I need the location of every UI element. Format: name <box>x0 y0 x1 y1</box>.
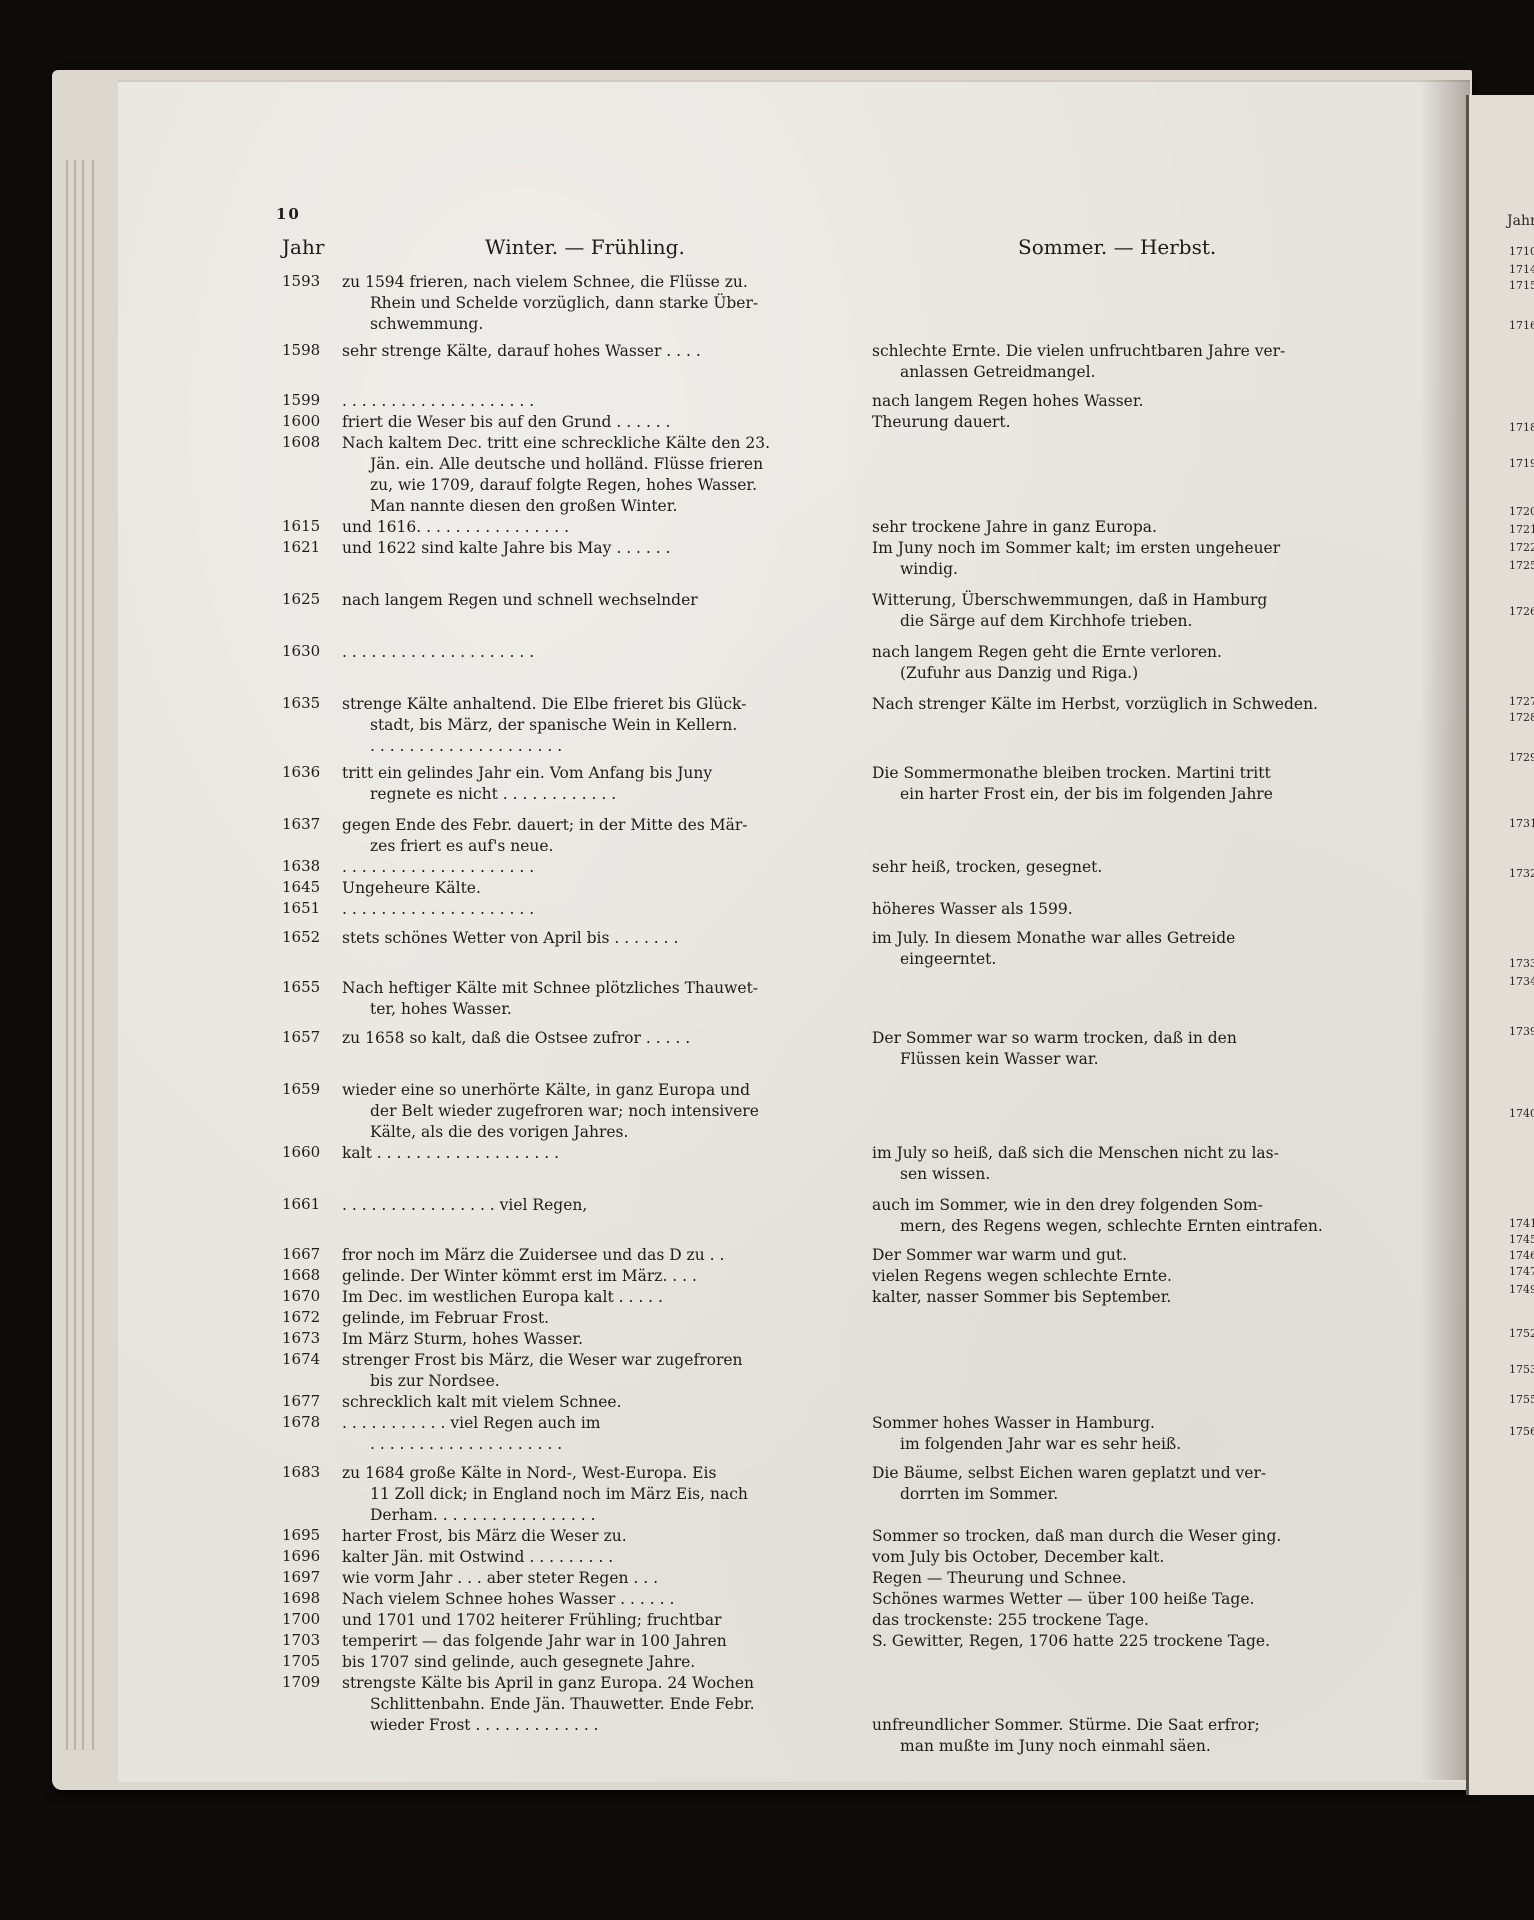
winter-spring-cell: Im März Sturm, hohes Wasser. <box>342 1329 912 1350</box>
winter-spring-cell: wieder eine so unerhörte Kälte, in ganz … <box>342 1080 912 1143</box>
text-line: . . . . . . . . . . . . . . . . . . . . <box>342 736 912 757</box>
facing-year: 1726 <box>1509 605 1534 618</box>
winter-spring-cell: schrecklich kalt mit vielem Schnee. <box>342 1392 912 1413</box>
facing-year: 1755 <box>1509 1393 1534 1406</box>
text-line: gegen Ende des Febr. dauert; in der Mitt… <box>342 815 912 836</box>
facing-year: 1741 <box>1509 1217 1534 1230</box>
facing-year: 1733 <box>1509 957 1534 970</box>
summer-autumn-cell: Sommer so trocken, daß man durch die Wes… <box>872 1526 1392 1547</box>
year-cell: 1652 <box>282 928 340 946</box>
year-cell: 1672 <box>282 1308 340 1326</box>
summer-autumn-cell: nach langem Regen geht die Ernte verlore… <box>872 642 1392 684</box>
facing-year: 1719 <box>1509 457 1534 470</box>
summer-autumn-cell: sehr trockene Jahre in ganz Europa. <box>872 517 1392 538</box>
year-cell: 1697 <box>282 1568 340 1586</box>
facing-year: 1732 <box>1509 867 1534 880</box>
facing-year: 1740 <box>1509 1107 1534 1120</box>
text-line: und 1616. . . . . . . . . . . . . . . . <box>342 517 912 538</box>
text-line: im July. In diesem Monathe war alles Get… <box>872 928 1392 949</box>
text-line: Rhein und Schelde vorzüglich, dann stark… <box>342 293 912 314</box>
year-cell: 1638 <box>282 857 340 875</box>
column-header-summer-autumn: Sommer. — Herbst. <box>1018 235 1216 259</box>
winter-spring-cell: kalt . . . . . . . . . . . . . . . . . .… <box>342 1143 912 1164</box>
text-line: und 1701 und 1702 heiterer Frühling; fru… <box>342 1610 912 1631</box>
text-line: gelinde. Der Winter kömmt erst im März. … <box>342 1266 912 1287</box>
year-cell: 1668 <box>282 1266 340 1284</box>
text-line: . . . . . . . . . . . viel Regen auch im <box>342 1413 912 1434</box>
column-header-year: Jahr <box>282 235 324 259</box>
text-line: im July so heiß, daß sich die Menschen n… <box>872 1143 1392 1164</box>
year-cell: 1637 <box>282 815 340 833</box>
summer-autumn-cell: das trockenste: 255 trockene Tage. <box>872 1610 1392 1631</box>
text-line: Theurung dauert. <box>872 412 1392 433</box>
text-line: strenger Frost bis März, die Weser war z… <box>342 1350 912 1371</box>
text-line: Nach heftiger Kälte mit Schnee plötzlich… <box>342 978 912 999</box>
text-line: kalt . . . . . . . . . . . . . . . . . .… <box>342 1143 912 1164</box>
facing-year: 1727 <box>1509 695 1534 708</box>
text-line: schwemmung. <box>342 314 912 335</box>
facing-header: Jahr <box>1507 213 1534 229</box>
winter-spring-cell: Nach kaltem Dec. tritt eine schreckliche… <box>342 433 912 517</box>
facing-year: 1739 <box>1509 1025 1534 1038</box>
year-cell: 1700 <box>282 1610 340 1628</box>
text-line: . . . . . . . . . . . . . . . . . . . . <box>342 857 912 878</box>
facing-year: 1753 <box>1509 1363 1534 1376</box>
text-line: Sommer so trocken, daß man durch die Wes… <box>872 1526 1392 1547</box>
winter-spring-cell: . . . . . . . . . . . . . . . . viel Reg… <box>342 1195 912 1216</box>
year-cell: 1674 <box>282 1350 340 1368</box>
text-line: ter, hohes Wasser. <box>342 999 912 1020</box>
text-line: tritt ein gelindes Jahr ein. Vom Anfang … <box>342 763 912 784</box>
year-cell: 1678 <box>282 1413 340 1431</box>
text-line: S. Gewitter, Regen, 1706 hatte 225 trock… <box>872 1631 1392 1652</box>
winter-spring-cell: . . . . . . . . . . . . . . . . . . . . <box>342 391 912 412</box>
text-line: . . . . . . . . . . . . . . . . viel Reg… <box>342 1195 912 1216</box>
text-line: zu, wie 1709, darauf folgte Regen, hohes… <box>342 475 912 496</box>
text-line: dorrten im Sommer. <box>872 1484 1392 1505</box>
summer-autumn-cell: kalter, nasser Sommer bis September. <box>872 1287 1392 1308</box>
text-line: regnete es nicht . . . . . . . . . . . . <box>342 784 912 805</box>
text-line: zes friert es auf's neue. <box>342 836 912 857</box>
text-line: eingeerntet. <box>872 949 1392 970</box>
page-edge-line <box>66 160 68 1750</box>
text-line: anlassen Getreidmangel. <box>872 362 1392 383</box>
year-cell: 1657 <box>282 1028 340 1046</box>
text-line: stets schönes Wetter von April bis . . .… <box>342 928 912 949</box>
summer-autumn-cell: Im Juny noch im Sommer kalt; im ersten u… <box>872 538 1392 580</box>
year-cell: 1677 <box>282 1392 340 1410</box>
text-line: strengste Kälte bis April in ganz Europa… <box>342 1673 912 1694</box>
facing-year: 1745 <box>1509 1233 1534 1246</box>
text-line: Nach vielem Schnee hohes Wasser . . . . … <box>342 1589 912 1610</box>
facing-year: 1752 <box>1509 1327 1534 1340</box>
year-cell: 1635 <box>282 694 340 712</box>
text-line: sehr trockene Jahre in ganz Europa. <box>872 517 1392 538</box>
text-line: stadt, bis März, der spanische Wein in K… <box>342 715 912 736</box>
text-line: . . . . . . . . . . . . . . . . . . . . <box>342 642 912 663</box>
text-line: gelinde, im Februar Frost. <box>342 1308 912 1329</box>
facing-year: 1714 <box>1509 263 1534 276</box>
summer-autumn-cell: vom July bis October, December kalt. <box>872 1547 1392 1568</box>
year-cell: 1670 <box>282 1287 340 1305</box>
winter-spring-cell: gelinde, im Februar Frost. <box>342 1308 912 1329</box>
year-cell: 1593 <box>282 272 340 290</box>
winter-spring-cell: und 1622 sind kalte Jahre bis May . . . … <box>342 538 912 559</box>
winter-spring-cell: gelinde. Der Winter kömmt erst im März. … <box>342 1266 912 1287</box>
text-line: höheres Wasser als 1599. <box>872 899 1392 920</box>
winter-spring-cell: . . . . . . . . . . . viel Regen auch im… <box>342 1413 912 1455</box>
winter-spring-cell: bis 1707 sind gelinde, auch gesegnete Ja… <box>342 1652 912 1673</box>
text-line: kalter, nasser Sommer bis September. <box>872 1287 1392 1308</box>
summer-autumn-cell: Sommer hohes Wasser in Hamburg.im folgen… <box>872 1413 1392 1455</box>
text-line: . . . . . . . . . . . . . . . . . . . . <box>342 899 912 920</box>
summer-autumn-cell: im July. In diesem Monathe war alles Get… <box>872 928 1392 970</box>
year-cell: 1683 <box>282 1463 340 1481</box>
text-line: unfreundlicher Sommer. Stürme. Die Saat … <box>872 1715 1392 1736</box>
winter-spring-cell: kalter Jän. mit Ostwind . . . . . . . . … <box>342 1547 912 1568</box>
year-cell: 1630 <box>282 642 340 660</box>
year-cell: 1659 <box>282 1080 340 1098</box>
summer-autumn-cell: sehr heiß, trocken, gesegnet. <box>872 857 1392 878</box>
text-line: Im Dec. im westlichen Europa kalt . . . … <box>342 1287 912 1308</box>
winter-spring-cell: . . . . . . . . . . . . . . . . . . . . <box>342 857 912 878</box>
text-line: sehr strenge Kälte, darauf hohes Wasser … <box>342 341 912 362</box>
facing-year: 1746 <box>1509 1249 1534 1262</box>
text-line: auch im Sommer, wie in den drey folgende… <box>872 1195 1392 1216</box>
summer-autumn-cell: Schönes warmes Wetter — über 100 heiße T… <box>872 1589 1392 1610</box>
text-line: fror noch im März die Zuidersee und das … <box>342 1245 912 1266</box>
year-cell: 1651 <box>282 899 340 917</box>
winter-spring-cell: und 1616. . . . . . . . . . . . . . . . <box>342 517 912 538</box>
summer-autumn-cell: Theurung dauert. <box>872 412 1392 433</box>
text-line: bis 1707 sind gelinde, auch gesegnete Ja… <box>342 1652 912 1673</box>
text-line: sen wissen. <box>872 1164 1392 1185</box>
text-line: mern, des Regens wegen, schlechte Ernten… <box>872 1216 1392 1237</box>
year-cell: 1599 <box>282 391 340 409</box>
year-cell: 1661 <box>282 1195 340 1213</box>
summer-autumn-cell: Die Bäume, selbst Eichen waren geplatzt … <box>872 1463 1392 1505</box>
winter-spring-cell: . . . . . . . . . . . . . . . . . . . . <box>342 899 912 920</box>
year-cell: 1625 <box>282 590 340 608</box>
winter-spring-cell: . . . . . . . . . . . . . . . . . . . . <box>342 642 912 663</box>
text-line: der Belt wieder zugefroren war; noch int… <box>342 1101 912 1122</box>
winter-spring-cell: Ungeheure Kälte. <box>342 878 912 899</box>
year-cell: 1598 <box>282 341 340 359</box>
text-line <box>872 1673 1392 1694</box>
text-line: Witterung, Überschwemmungen, daß in Hamb… <box>872 590 1392 611</box>
text-line: windig. <box>872 559 1392 580</box>
winter-spring-cell: Nach vielem Schnee hohes Wasser . . . . … <box>342 1589 912 1610</box>
summer-autumn-cell: Regen — Theurung und Schnee. <box>872 1568 1392 1589</box>
facing-year: 1756 <box>1509 1425 1534 1438</box>
summer-autumn-cell: Die Sommermonathe bleiben trocken. Marti… <box>872 763 1392 805</box>
facing-year: 1716 <box>1509 319 1534 332</box>
page-number: 10 <box>276 205 301 223</box>
text-line: Sommer hohes Wasser in Hamburg. <box>872 1413 1392 1434</box>
summer-autumn-cell: Der Sommer war warm und gut. <box>872 1245 1392 1266</box>
text-line: Schlittenbahn. Ende Jän. Thauwetter. End… <box>342 1694 912 1715</box>
summer-autumn-cell: vielen Regens wegen schlechte Ernte. <box>872 1266 1392 1287</box>
facing-year: 1729 <box>1509 751 1534 764</box>
winter-spring-cell: gegen Ende des Febr. dauert; in der Mitt… <box>342 815 912 857</box>
year-cell: 1600 <box>282 412 340 430</box>
facing-year: 1720 <box>1509 505 1534 518</box>
summer-autumn-cell: auch im Sommer, wie in den drey folgende… <box>872 1195 1392 1237</box>
text-line: vielen Regens wegen schlechte Ernte. <box>872 1266 1392 1287</box>
text-line: die Särge auf dem Kirchhofe trieben. <box>872 611 1392 632</box>
column-header-winter-spring: Winter. — Frühling. <box>485 235 685 259</box>
facing-year: 1731 <box>1509 817 1534 830</box>
text-line: Kälte, als die des vorigen Jahres. <box>342 1122 912 1143</box>
summer-autumn-cell: im July so heiß, daß sich die Menschen n… <box>872 1143 1392 1185</box>
facing-year: 1722 <box>1509 541 1534 554</box>
text-line: Ungeheure Kälte. <box>342 878 912 899</box>
winter-spring-cell: Im Dec. im westlichen Europa kalt . . . … <box>342 1287 912 1308</box>
text-line: zu 1658 so kalt, daß die Ostsee zufror .… <box>342 1028 912 1049</box>
year-cell: 1636 <box>282 763 340 781</box>
winter-spring-cell: wie vorm Jahr . . . aber steter Regen . … <box>342 1568 912 1589</box>
winter-spring-cell: strengste Kälte bis April in ganz Europa… <box>342 1673 912 1736</box>
text-line: Der Sommer war warm und gut. <box>872 1245 1392 1266</box>
summer-autumn-cell: schlechte Ernte. Die vielen unfruchtbare… <box>872 341 1392 383</box>
text-line: Die Sommermonathe bleiben trocken. Marti… <box>872 763 1392 784</box>
facing-year: 1718 <box>1509 421 1534 434</box>
text-line: Im Juny noch im Sommer kalt; im ersten u… <box>872 538 1392 559</box>
text-line: das trockenste: 255 trockene Tage. <box>872 1610 1392 1631</box>
text-line: wie vorm Jahr . . . aber steter Regen . … <box>342 1568 912 1589</box>
summer-autumn-cell: nach langem Regen hohes Wasser. <box>872 391 1392 412</box>
text-line: harter Frost, bis März die Weser zu. <box>342 1526 912 1547</box>
winter-spring-cell: sehr strenge Kälte, darauf hohes Wasser … <box>342 341 912 362</box>
text-line: schrecklich kalt mit vielem Schnee. <box>342 1392 912 1413</box>
text-line: kalter Jän. mit Ostwind . . . . . . . . … <box>342 1547 912 1568</box>
text-line: wieder eine so unerhörte Kälte, in ganz … <box>342 1080 912 1101</box>
text-line: Nach strenger Kälte im Herbst, vorzüglic… <box>872 694 1392 715</box>
winter-spring-cell: harter Frost, bis März die Weser zu. <box>342 1526 912 1547</box>
summer-autumn-cell: höheres Wasser als 1599. <box>872 899 1392 920</box>
year-cell: 1709 <box>282 1673 340 1691</box>
text-line: bis zur Nordsee. <box>342 1371 912 1392</box>
text-line: nach langem Regen geht die Ernte verlore… <box>872 642 1392 663</box>
year-cell: 1655 <box>282 978 340 996</box>
facing-page: Jahr 17101714171517161718171917201721172… <box>1466 95 1534 1795</box>
text-line: nach langem Regen hohes Wasser. <box>872 391 1392 412</box>
facing-year: 1749 <box>1509 1283 1534 1296</box>
text-line: Der Sommer war so warm trocken, daß in d… <box>872 1028 1392 1049</box>
text-line: vom July bis October, December kalt. <box>872 1547 1392 1568</box>
year-cell: 1703 <box>282 1631 340 1649</box>
winter-spring-cell: strenge Kälte anhaltend. Die Elbe friere… <box>342 694 912 757</box>
text-line: friert die Weser bis auf den Grund . . .… <box>342 412 912 433</box>
winter-spring-cell: zu 1594 frieren, nach vielem Schnee, die… <box>342 272 912 335</box>
winter-spring-cell: zu 1658 so kalt, daß die Ostsee zufror .… <box>342 1028 912 1049</box>
text-line: Man nannte diesen den großen Winter. <box>342 496 912 517</box>
facing-year: 1734 <box>1509 975 1534 988</box>
summer-autumn-cell: Der Sommer war so warm trocken, daß in d… <box>872 1028 1392 1070</box>
summer-autumn-cell: Nach strenger Kälte im Herbst, vorzüglic… <box>872 694 1392 715</box>
summer-autumn-cell: Witterung, Überschwemmungen, daß in Hamb… <box>872 590 1392 632</box>
year-cell: 1645 <box>282 878 340 896</box>
page-edge-line <box>82 160 84 1750</box>
year-cell: 1615 <box>282 517 340 535</box>
text-line: ein harter Frost ein, der bis im folgend… <box>872 784 1392 805</box>
text-line: . . . . . . . . . . . . . . . . . . . . <box>342 391 912 412</box>
text-line <box>872 1694 1392 1715</box>
facing-year: 1747 <box>1509 1265 1534 1278</box>
text-line: und 1622 sind kalte Jahre bis May . . . … <box>342 538 912 559</box>
text-line: (Zufuhr aus Danzig und Riga.) <box>872 663 1392 684</box>
winter-spring-cell: temperirt — das folgende Jahr war in 100… <box>342 1631 912 1652</box>
text-line: Nach kaltem Dec. tritt eine schreckliche… <box>342 433 912 454</box>
text-line: 11 Zoll dick; in England noch im März Ei… <box>342 1484 912 1505</box>
winter-spring-cell: nach langem Regen und schnell wechselnde… <box>342 590 912 611</box>
facing-year: 1721 <box>1509 523 1534 536</box>
year-cell: 1705 <box>282 1652 340 1670</box>
winter-spring-cell: strenger Frost bis März, die Weser war z… <box>342 1350 912 1392</box>
text-line: Schönes warmes Wetter — über 100 heiße T… <box>872 1589 1392 1610</box>
text-line: Flüssen kein Wasser war. <box>872 1049 1392 1070</box>
winter-spring-cell: stets schönes Wetter von April bis . . .… <box>342 928 912 949</box>
text-line: Die Bäume, selbst Eichen waren geplatzt … <box>872 1463 1392 1484</box>
text-line: schlechte Ernte. Die vielen unfruchtbare… <box>872 341 1392 362</box>
year-cell: 1695 <box>282 1526 340 1544</box>
year-cell: 1608 <box>282 433 340 451</box>
gutter-shadow <box>1420 80 1470 1780</box>
winter-spring-cell: fror noch im März die Zuidersee und das … <box>342 1245 912 1266</box>
facing-year: 1725 <box>1509 559 1534 572</box>
text-line: zu 1684 große Kälte in Nord-, West-Europ… <box>342 1463 912 1484</box>
year-cell: 1696 <box>282 1547 340 1565</box>
text-line: strenge Kälte anhaltend. Die Elbe friere… <box>342 694 912 715</box>
page-edge-line <box>74 160 76 1750</box>
winter-spring-cell: tritt ein gelindes Jahr ein. Vom Anfang … <box>342 763 912 805</box>
winter-spring-cell: Nach heftiger Kälte mit Schnee plötzlich… <box>342 978 912 1020</box>
text-line: Im März Sturm, hohes Wasser. <box>342 1329 912 1350</box>
year-cell: 1698 <box>282 1589 340 1607</box>
text-line: man mußte im Juny noch einmahl säen. <box>872 1736 1392 1757</box>
year-cell: 1621 <box>282 538 340 556</box>
winter-spring-cell: zu 1684 große Kälte in Nord-, West-Europ… <box>342 1463 912 1526</box>
text-line: sehr heiß, trocken, gesegnet. <box>872 857 1392 878</box>
year-cell: 1667 <box>282 1245 340 1263</box>
winter-spring-cell: friert die Weser bis auf den Grund . . .… <box>342 412 912 433</box>
text-line: temperirt — das folgende Jahr war in 100… <box>342 1631 912 1652</box>
text-line: Regen — Theurung und Schnee. <box>872 1568 1392 1589</box>
year-cell: 1673 <box>282 1329 340 1347</box>
text-line: Derham. . . . . . . . . . . . . . . . . <box>342 1505 912 1526</box>
facing-year: 1715 <box>1509 279 1534 292</box>
facing-year: 1728 <box>1509 711 1534 724</box>
winter-spring-cell: und 1701 und 1702 heiterer Frühling; fru… <box>342 1610 912 1631</box>
text-line: im folgenden Jahr war es sehr heiß. <box>872 1434 1392 1455</box>
facing-year: 1710 <box>1509 245 1534 258</box>
text-line: zu 1594 frieren, nach vielem Schnee, die… <box>342 272 912 293</box>
text-line: . . . . . . . . . . . . . . . . . . . . <box>342 1434 912 1455</box>
text-line: wieder Frost . . . . . . . . . . . . . <box>342 1715 912 1736</box>
page-edge-line <box>92 160 94 1750</box>
text-line: Jän. ein. Alle deutsche und holländ. Flü… <box>342 454 912 475</box>
year-cell: 1660 <box>282 1143 340 1161</box>
text-line: nach langem Regen und schnell wechselnde… <box>342 590 912 611</box>
summer-autumn-cell: S. Gewitter, Regen, 1706 hatte 225 trock… <box>872 1631 1392 1652</box>
summer-autumn-cell: unfreundlicher Sommer. Stürme. Die Saat … <box>872 1673 1392 1757</box>
